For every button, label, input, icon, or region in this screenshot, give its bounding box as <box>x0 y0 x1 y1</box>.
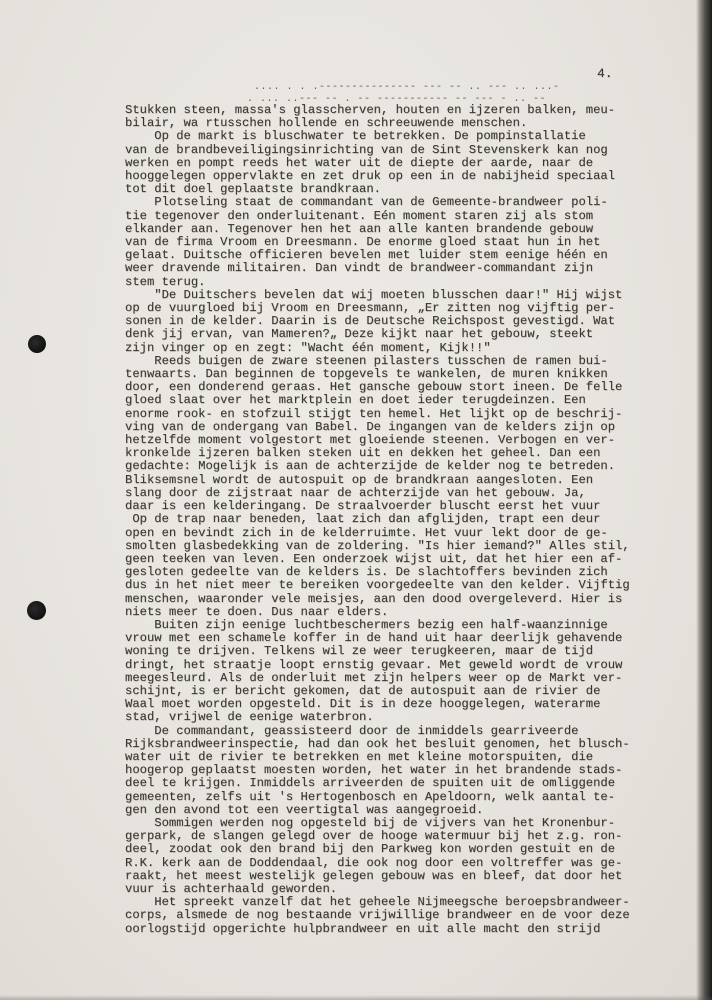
scan-edge-bottom <box>0 995 712 1000</box>
redacted-text-line-1: .... . . .--------------- --- -- .. --- … <box>254 82 558 93</box>
page-number: 4. <box>597 66 613 81</box>
punch-hole-top <box>28 335 46 353</box>
punch-hole-bottom <box>27 601 46 620</box>
scan-edge-right <box>696 0 712 1000</box>
document-body-text: Stukken steen, massa's glasscherven, hou… <box>125 104 630 936</box>
document-page: 4. .... . . .--------------- --- -- .. -… <box>0 0 712 1000</box>
